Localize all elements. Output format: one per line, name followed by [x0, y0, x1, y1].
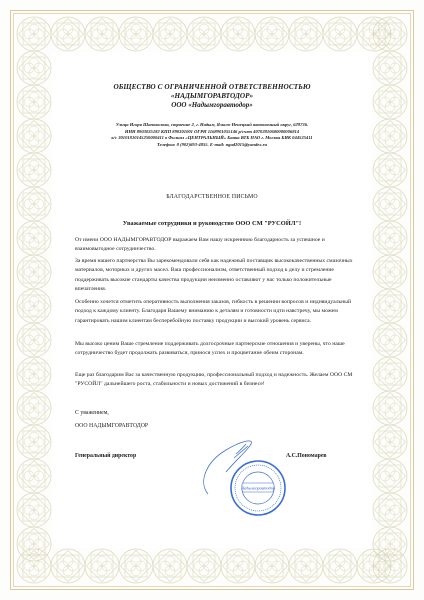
bank-details-line: к/с 30101810145250000411 в Филиал «ЦЕНТР…: [60, 135, 364, 142]
paragraph: От имени ООО НАДЫМГОРАВТОДОР выражаем Ва…: [75, 236, 360, 255]
letter-page: ОБЩЕСТВО С ОГРАНИЧЕННОЙ ОТВЕТСТВЕННОСТЬЮ…: [0, 0, 424, 600]
company-full-name-line1: ОБЩЕСТВО С ОГРАНИЧЕННОЙ ОТВЕТСТВЕННОСТЬЮ: [52, 83, 372, 91]
company-full-name-line2: «НАДЫМГОРАВТОДОР»: [52, 92, 372, 100]
paragraph: Мы высоко ценим Ваше стремление поддержи…: [75, 340, 360, 359]
address-line: Улица Игоря Шаповалова, строение 2, г. Н…: [60, 122, 364, 129]
stamp-center-text: Надымгоравтодор: [240, 486, 275, 491]
signatory-title: Генеральный директор: [75, 453, 136, 459]
contacts-line: Телефон: 8 (902)693-4855. E-mail: ngad20…: [60, 142, 364, 149]
paragraph: За время нашего партнерства Вы зарекомен…: [75, 257, 360, 295]
company-requisites: Улица Игоря Шаповалова, строение 2, г. Н…: [60, 122, 364, 148]
company-short-name: ООО «Надымгоравтодор»: [52, 101, 372, 109]
closing-organization: ООО НАДЫМГОРАВТОДОР: [75, 423, 148, 429]
closing-phrase: С уважением,: [75, 410, 109, 416]
company-stamp-icon: Надымгоравтодор: [196, 432, 296, 517]
letter-salutation: Уважаемые сотрудники и руководство ООО С…: [52, 220, 372, 227]
letter-title: БЛАГОДАРСТВЕННОЕ ПИСЬМО: [52, 194, 372, 200]
paragraph: Особенно хочется отметить оперативность …: [75, 298, 360, 326]
paragraph: Еще раз благодарим Вас за качественную п…: [75, 371, 360, 390]
